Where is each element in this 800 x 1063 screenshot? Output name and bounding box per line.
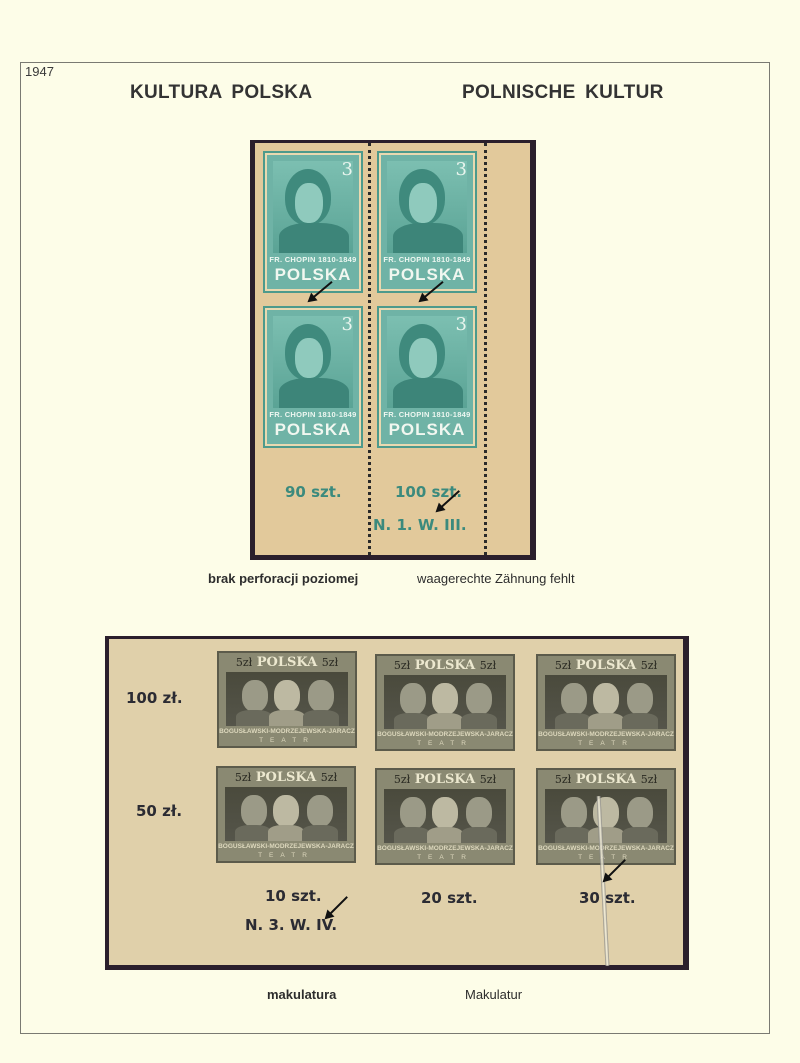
caption-block2-polish: makulatura <box>267 987 336 1002</box>
year-label: 1947 <box>25 64 54 79</box>
stamp-value: 3 <box>456 314 467 335</box>
stamp-country: POLSKA <box>381 265 473 285</box>
stamp-theme: TEATR <box>219 737 355 744</box>
actors-portrait <box>545 789 667 843</box>
stamp-theme: TEATR <box>538 854 674 861</box>
stamp-name: FR. CHOPIN 1810-1849 <box>267 410 359 419</box>
caption-block1-polish: brak perforacji poziomej <box>208 571 358 586</box>
column-count: 30 szt. <box>579 889 636 907</box>
stamp-header: 5zł POLSKA 5zł <box>538 658 674 673</box>
teatr-stamp: 5zł POLSKA 5zł BOGUSŁAWSKI-MODRZEJEWSKA-… <box>536 654 676 751</box>
chopin-stamp: 3 FR. CHOPIN 1810-1849 POLSKA <box>379 308 475 446</box>
stamp-names: BOGUSŁAWSKI-MODRZEJEWSKA-JARACZ <box>219 728 355 735</box>
actors-portrait <box>384 675 506 729</box>
stamp-country: POLSKA <box>381 420 473 440</box>
actors-portrait <box>225 787 347 841</box>
actors-portrait <box>226 672 348 726</box>
chopin-stamp: 3 FR. CHOPIN 1810-1849 POLSKA <box>379 153 475 291</box>
stamp-names: BOGUSŁAWSKI-MODRZEJEWSKA-JARACZ <box>218 843 354 850</box>
stamp-header: 5zł POLSKA 5zł <box>218 770 354 785</box>
stamp-names: BOGUSŁAWSKI-MODRZEJEWSKA-JARACZ <box>377 731 513 738</box>
stamp-header: 5zł POLSKA 5zł <box>377 658 513 673</box>
actors-portrait <box>545 675 667 729</box>
title-german: POLNISCHE KULTUR <box>462 82 664 104</box>
chopin-block-sheet: 3 FR. CHOPIN 1810-1849 POLSKA 3 FR. CHOP… <box>255 143 530 555</box>
stamp-name: FR. CHOPIN 1810-1849 <box>267 255 359 264</box>
stamp-value: 3 <box>342 314 353 335</box>
stamp-names: BOGUSŁAWSKI-MODRZEJEWSKA-JARACZ <box>538 731 674 738</box>
teatr-stamp: 5zł POLSKA 5zł BOGUSŁAWSKI-MODRZEJEWSKA-… <box>375 654 515 751</box>
stamp-theme: TEATR <box>377 854 513 861</box>
margin-count: 90 szt. <box>285 483 342 501</box>
stamp-country: POLSKA <box>267 265 359 285</box>
teatr-stamp: 5zł POLSKA 5zł BOGUSŁAWSKI-MODRZEJEWSKA-… <box>536 768 676 865</box>
row-label: 50 zł. <box>136 802 182 820</box>
perforation-vertical <box>368 143 371 555</box>
stamp-theme: TEATR <box>377 740 513 747</box>
stamp-names: BOGUSŁAWSKI-MODRZEJEWSKA-JARACZ <box>377 845 513 852</box>
teatr-stamp: 5zł POLSKA 5zł BOGUSŁAWSKI-MODRZEJEWSKA-… <box>217 651 357 748</box>
stamp-theme: TEATR <box>538 740 674 747</box>
title-polish: KULTURA POLSKA <box>130 82 312 104</box>
stamp-name: FR. CHOPIN 1810-1849 <box>381 410 473 419</box>
caption-block2-german: Makulatur <box>465 987 522 1002</box>
chopin-stamp: 3 FR. CHOPIN 1810-1849 POLSKA <box>265 308 361 446</box>
stamp-country: POLSKA <box>267 420 359 440</box>
plate-mark: N. 1. W. III. <box>373 516 467 534</box>
column-count: 20 szt. <box>421 889 478 907</box>
teatr-stamp: 5zł POLSKA 5zł BOGUSŁAWSKI-MODRZEJEWSKA-… <box>375 768 515 865</box>
stamp-header: 5zł POLSKA 5zł <box>219 655 355 670</box>
stamp-header: 5zł POLSKA 5zł <box>538 772 674 787</box>
actors-portrait <box>384 789 506 843</box>
stamp-value: 3 <box>456 159 467 180</box>
stamp-names: BOGUSŁAWSKI-MODRZEJEWSKA-JARACZ <box>538 845 674 852</box>
chopin-block-mount: 3 FR. CHOPIN 1810-1849 POLSKA 3 FR. CHOP… <box>250 140 536 560</box>
stamp-header: 5zł POLSKA 5zł <box>377 772 513 787</box>
column-count: 10 szt. <box>265 887 322 905</box>
teatr-stamp: 5zł POLSKA 5zł BOGUSŁAWSKI-MODRZEJEWSKA-… <box>216 766 356 863</box>
stamp-name: FR. CHOPIN 1810-1849 <box>381 255 473 264</box>
teatr-sheet-mount: 100 zł. 50 zł. 5zł POLSKA 5zł BOGUSŁAWSK… <box>105 636 689 970</box>
caption-block1-german: waagerechte Zähnung fehlt <box>417 571 575 586</box>
chopin-stamp: 3 FR. CHOPIN 1810-1849 POLSKA <box>265 153 361 291</box>
perforation-vertical <box>484 143 487 555</box>
stamp-theme: TEATR <box>218 852 354 859</box>
stamp-value: 3 <box>342 159 353 180</box>
row-label: 100 zł. <box>126 689 183 707</box>
